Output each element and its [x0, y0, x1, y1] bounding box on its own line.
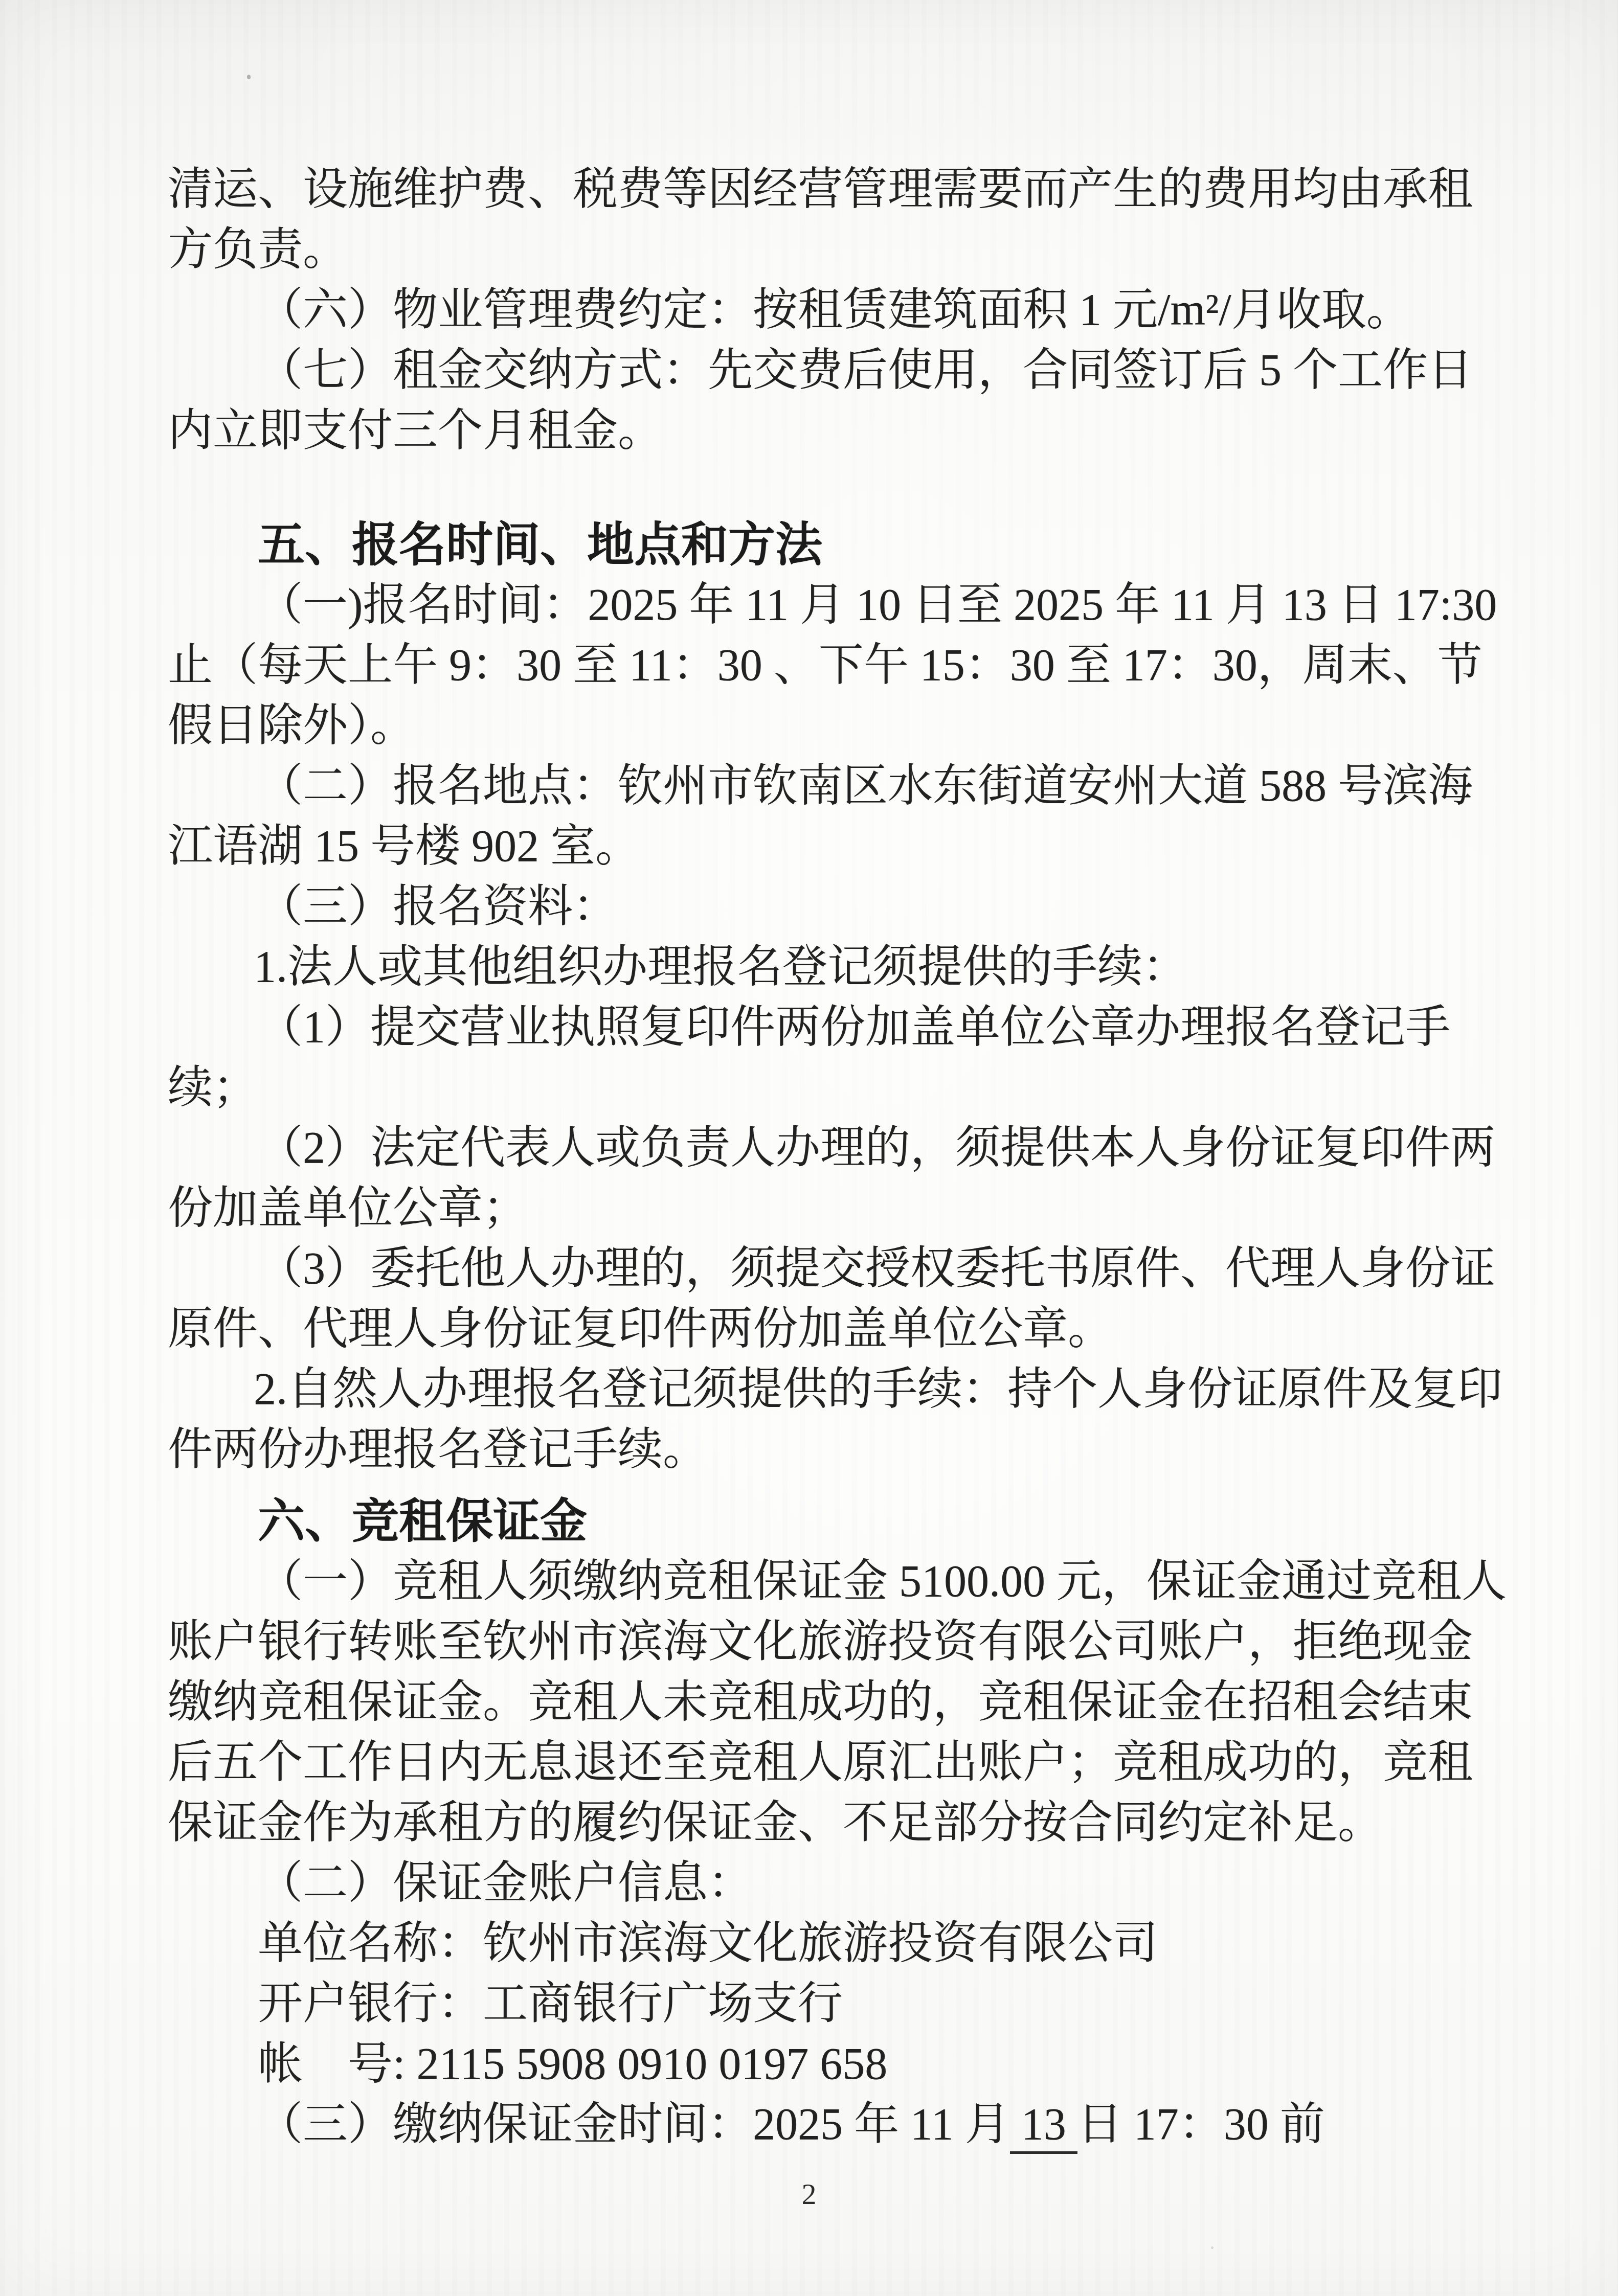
- doc-line: 缴纳竞租保证金。竞租人未竞租成功的，竞租保证金在招租会结束: [168, 1672, 1518, 1733]
- deposit-deadline-suffix: 日 17：30 前: [1077, 2100, 1325, 2149]
- doc-line: 份加盖单位公章；: [168, 1178, 1518, 1239]
- section-heading-six: 六、竞租保证金: [168, 1491, 1518, 1552]
- doc-line: 后五个工作日内无息退还至竞租人原汇出账户；竞租成功的，竞租: [168, 1733, 1518, 1793]
- document-page: { "colors": { "paper": "#f9f9f7", "ink":…: [0, 0, 1618, 2296]
- doc-line: （3）委托他人办理的，须提交授权委托书原件、代理人身份证: [168, 1239, 1518, 1299]
- doc-line: （一）竞租人须缴纳竞租保证金 5100.00 元，保证金通过竞租人: [168, 1552, 1518, 1612]
- deposit-date-underlined: 13: [1010, 2100, 1077, 2154]
- doc-line: 清运、设施维护费、税费等因经营管理需要而产生的费用均由承租: [168, 160, 1518, 220]
- doc-line: 件两份办理报名登记手续。: [168, 1420, 1518, 1480]
- doc-line: 帐 号: 2115 5908 0910 0197 658: [168, 2034, 1518, 2095]
- doc-line: （一)报名时间：2025 年 11 月 10 日至 2025 年 11 月 13…: [168, 575, 1518, 635]
- scan-speck: [247, 75, 251, 79]
- scan-speck: [1211, 2246, 1213, 2249]
- doc-line: （2）法定代表人或负责人办理的，须提供本人身份证复印件两: [168, 1118, 1518, 1178]
- doc-line: （三）报名资料：: [168, 877, 1518, 937]
- doc-line: 单位名称：钦州市滨海文化旅游投资有限公司: [168, 1914, 1518, 1974]
- doc-line: 江语湖 15 号楼 902 室。: [168, 816, 1518, 877]
- doc-line: 开户银行：工商银行广场支行: [168, 1974, 1518, 2034]
- page-number: 2: [0, 2174, 1618, 2215]
- doc-line: 账户银行转账至钦州市滨海文化旅游投资有限公司账户，拒绝现金: [168, 1612, 1518, 1672]
- doc-line: 止（每天上午 9：30 至 11：30 、下午 15：30 至 17：30，周末…: [168, 635, 1518, 696]
- deposit-deadline-prefix: （三）缴纳保证金时间：2025 年 11 月: [258, 2100, 1010, 2149]
- doc-line: 原件、代理人身份证复印件两份加盖单位公章。: [168, 1299, 1518, 1359]
- doc-line: （六）物业管理费约定：按租赁建筑面积 1 元/m²/月收取。: [168, 280, 1518, 340]
- doc-line: 保证金作为承租方的履约保证金、不足部分按合同约定补足。: [168, 1793, 1518, 1853]
- doc-line: 方负责。: [168, 220, 1518, 280]
- document-content: 清运、设施维护费、税费等因经营管理需要而产生的费用均由承租 方负责。 （六）物业…: [168, 160, 1518, 2155]
- doc-line: （七）租金交纳方式：先交费后使用，合同签订后 5 个工作日: [168, 340, 1518, 401]
- doc-line: 2.自然人办理报名登记须提供的手续：持个人身份证原件及复印: [168, 1359, 1518, 1420]
- section-heading-five: 五、报名时间、地点和方法: [168, 515, 1518, 575]
- doc-line: 续；: [168, 1058, 1518, 1118]
- doc-line: 内立即支付三个月租金。: [168, 401, 1518, 461]
- deposit-deadline-line: （三）缴纳保证金时间：2025 年 11 月 13 日 17：30 前: [168, 2095, 1518, 2155]
- doc-line: （二）保证金账户信息：: [168, 1853, 1518, 1914]
- doc-line: 1.法人或其他组织办理报名登记须提供的手续：: [168, 937, 1518, 997]
- doc-line: 假日除外）。: [168, 696, 1518, 756]
- doc-line: （二）报名地点：钦州市钦南区水东街道安州大道 588 号滨海: [168, 756, 1518, 816]
- doc-line: （1）提交营业执照复印件两份加盖单位公章办理报名登记手: [168, 997, 1518, 1058]
